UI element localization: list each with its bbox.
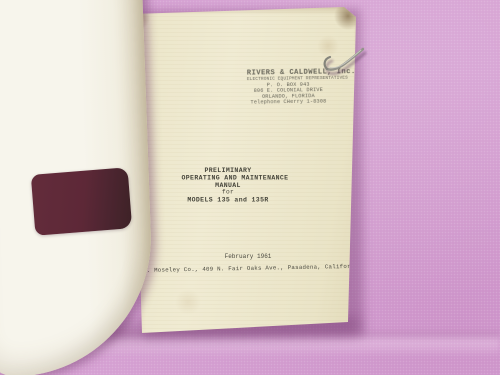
title-line: OPERATING AND MAINTENANCE [182,174,275,181]
maroon-cover-cutout [31,167,132,235]
stamp-line: Telephone CHerry 1-8308 [247,99,330,106]
title-line: for [182,189,275,196]
title-line: MANUAL [182,182,275,189]
date-line: February 1961 [218,254,278,261]
title-line: PRELIMINARY [182,167,275,174]
publisher-line: F. L. Moseley Co., 409 N. Fair Oaks Ave.… [132,264,347,274]
staple-icon [320,38,368,76]
manual-title-block: PRELIMINARY OPERATING AND MAINTENANCE MA… [182,167,275,204]
manual-photo: RIVERS & CALDWELL, Inc. ELECTRONIC EQUIP… [0,0,500,375]
ownership-stamp: RIVERS & CALDWELL, Inc. ELECTRONIC EQUIP… [247,67,330,105]
title-line: MODELS 135 and 135R [182,197,275,204]
